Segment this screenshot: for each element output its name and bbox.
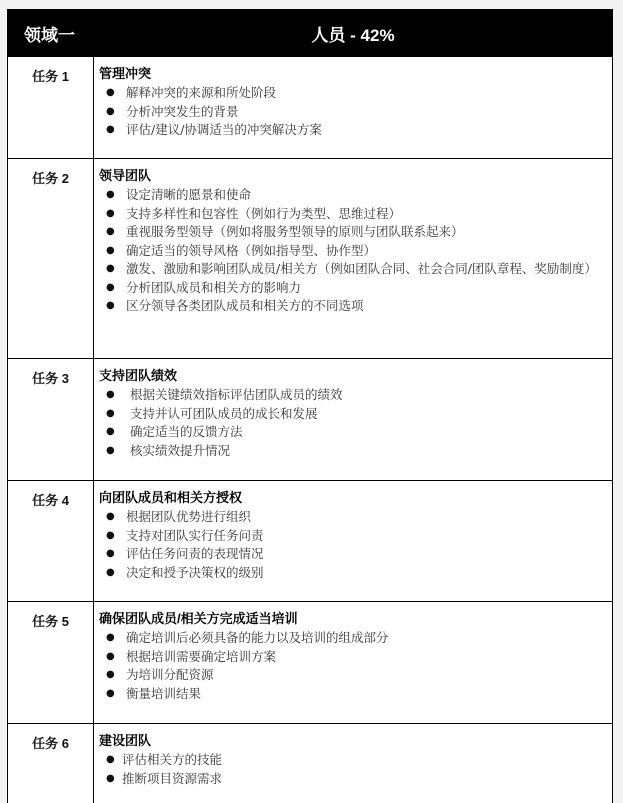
list-item: ●确定培训后必须具备的能力以及培训的组成部分 [99, 629, 606, 648]
bullet-icon: ● [106, 666, 115, 685]
bullet-icon: ● [106, 405, 115, 424]
task-item-list: ●根据团队优势进行组织 ●支持对团队实行任务问责 ●评估任务问责的表现情况 ●决… [99, 508, 606, 582]
bullet-icon: ● [106, 545, 115, 564]
list-item: ●激发、激励和影响团队成员/相关方（例如团队合同、社会合同/团队章程、奖励制度） [99, 260, 606, 279]
item-text: 核实绩效提升情况 [130, 443, 230, 458]
domain-label: 领域一 [8, 10, 94, 56]
task-row-4: 任务 4 向团队成员和相关方授权 ●根据团队优势进行组织 ●支持对团队实行任务问… [8, 480, 612, 601]
task-title: 支持团队绩效 [99, 367, 606, 385]
bullet-icon: ● [106, 223, 115, 242]
item-text: 推断项目资源需求 [122, 771, 222, 786]
bullet-icon: ● [106, 186, 115, 205]
table-header: 领域一 人员 - 42% [8, 10, 612, 56]
list-item: ●支持对团队实行任务问责 [99, 527, 606, 546]
item-text: 评估任务问责的表现情况 [126, 546, 264, 561]
task-content: 支持团队绩效 ●根据关键绩效指标评估团队成员的绩效 ●支持并认可团队成员的成长和… [94, 359, 612, 480]
task-title: 管理冲突 [99, 65, 606, 83]
list-item: ●确定适当的反馈方法 [99, 423, 606, 442]
domain-title: 人员 - 42% [94, 10, 612, 56]
list-item: ●设定清晰的愿景和使命 [99, 186, 606, 205]
item-text: 激发、激励和影响团队成员/相关方（例如团队合同、社会合同/团队章程、奖励制度） [126, 261, 597, 276]
item-text: 分析团队成员和相关方的影响力 [126, 280, 301, 295]
list-item: ●决定和授予决策权的级别 [99, 564, 606, 583]
task-label: 任务 4 [8, 481, 94, 601]
item-text: 支持并认可团队成员的成长和发展 [130, 406, 318, 421]
task-title: 领导团队 [99, 167, 606, 185]
bullet-icon: ● [106, 103, 115, 122]
task-content: 管理冲突 ●解释冲突的来源和所处阶段 ●分析冲突发生的背景 ●评估/建议/协调适… [94, 57, 612, 158]
bullet-icon: ● [106, 205, 115, 224]
item-text: 决定和授予决策权的级别 [126, 565, 264, 580]
bullet-icon: ● [106, 423, 115, 442]
task-title: 向团队成员和相关方授权 [99, 489, 606, 507]
list-item: ●推断项目资源需求 [99, 770, 606, 789]
item-text: 设定清晰的愿景和使命 [126, 187, 251, 202]
item-text: 评估/建议/协调适当的冲突解决方案 [126, 122, 322, 137]
item-text: 重视服务型领导（例如将服务型领导的原则与团队联系起来） [126, 224, 464, 239]
item-text: 根据关键绩效指标评估团队成员的绩效 [130, 387, 343, 402]
list-item: ●衡量培训结果 [99, 685, 606, 704]
bullet-icon: ● [106, 629, 115, 648]
task-content: 领导团队 ●设定清晰的愿景和使命 ●支持多样性和包容性（例如行为类型、思维过程）… [94, 159, 612, 358]
task-label: 任务 1 [8, 57, 94, 158]
item-text: 为培训分配资源 [126, 667, 214, 682]
bullet-icon: ● [106, 564, 115, 583]
bullet-icon: ● [106, 508, 115, 527]
list-item: ●为培训分配资源 [99, 666, 606, 685]
task-row-1: 任务 1 管理冲突 ●解释冲突的来源和所处阶段 ●分析冲突发生的背景 ●评估/建… [8, 56, 612, 158]
task-content: 确保团队成员/相关方完成适当培训 ●确定培训后必须具备的能力以及培训的组成部分 … [94, 602, 612, 723]
task-content: 建设团队 ●评估相关方的技能 ●推断项目资源需求 [94, 724, 612, 803]
bullet-icon: ● [106, 260, 115, 279]
item-text: 确定培训后必须具备的能力以及培训的组成部分 [126, 630, 389, 645]
list-item: ●解释冲突的来源和所处阶段 [99, 84, 606, 103]
item-text: 确定适当的领导风格（例如指导型、协作型） [126, 243, 376, 258]
bullet-icon: ● [106, 685, 115, 704]
task-row-3: 任务 3 支持团队绩效 ●根据关键绩效指标评估团队成员的绩效 ●支持并认可团队成… [8, 358, 612, 480]
item-text: 分析冲突发生的背景 [126, 104, 239, 119]
domain-table: 领域一 人员 - 42% 任务 1 管理冲突 ●解释冲突的来源和所处阶段 ●分析… [7, 9, 613, 803]
bullet-icon: ● [106, 84, 115, 103]
item-text: 根据培训需要确定培训方案 [126, 649, 276, 664]
list-item: ●根据关键绩效指标评估团队成员的绩效 [99, 386, 606, 405]
list-item: ●核实绩效提升情况 [99, 442, 606, 461]
item-text: 评估相关方的技能 [122, 752, 222, 767]
item-text: 支持多样性和包容性（例如行为类型、思维过程） [126, 206, 401, 221]
task-row-5: 任务 5 确保团队成员/相关方完成适当培训 ●确定培训后必须具备的能力以及培训的… [8, 601, 612, 723]
list-item: ●支持多样性和包容性（例如行为类型、思维过程） [99, 205, 606, 224]
task-label: 任务 3 [8, 359, 94, 480]
list-item: ●评估任务问责的表现情况 [99, 545, 606, 564]
task-item-list: ●评估相关方的技能 ●推断项目资源需求 [99, 751, 606, 788]
task-item-list: ●设定清晰的愿景和使命 ●支持多样性和包容性（例如行为类型、思维过程） ●重视服… [99, 186, 606, 316]
task-label: 任务 5 [8, 602, 94, 723]
item-text: 衡量培训结果 [126, 686, 201, 701]
task-label: 任务 2 [8, 159, 94, 358]
task-row-2: 任务 2 领导团队 ●设定清晰的愿景和使命 ●支持多样性和包容性（例如行为类型、… [8, 158, 612, 358]
list-item: ●分析团队成员和相关方的影响力 [99, 279, 606, 298]
bullet-icon: ● [106, 648, 115, 667]
bullet-icon: ● [106, 442, 115, 461]
item-text: 解释冲突的来源和所处阶段 [126, 85, 276, 100]
bullet-icon: ● [106, 121, 115, 140]
bullet-icon: ● [106, 527, 115, 546]
bullet-icon: ● [106, 751, 115, 770]
list-item: ●评估相关方的技能 [99, 751, 606, 770]
task-title: 确保团队成员/相关方完成适当培训 [99, 610, 606, 628]
bullet-icon: ● [106, 279, 115, 298]
list-item: ●区分领导各类团队成员和相关方的不同选项 [99, 297, 606, 316]
bullet-icon: ● [106, 770, 115, 789]
bullet-icon: ● [106, 386, 115, 405]
list-item: ●支持并认可团队成员的成长和发展 [99, 405, 606, 424]
list-item: ●确定适当的领导风格（例如指导型、协作型） [99, 242, 606, 261]
task-item-list: ●解释冲突的来源和所处阶段 ●分析冲突发生的背景 ●评估/建议/协调适当的冲突解… [99, 84, 606, 140]
bullet-icon: ● [106, 297, 115, 316]
item-text: 支持对团队实行任务问责 [126, 528, 264, 543]
task-item-list: ●确定培训后必须具备的能力以及培训的组成部分 ●根据培训需要确定培训方案 ●为培… [99, 629, 606, 703]
item-text: 区分领导各类团队成员和相关方的不同选项 [126, 298, 364, 313]
task-item-list: ●根据关键绩效指标评估团队成员的绩效 ●支持并认可团队成员的成长和发展 ●确定适… [99, 386, 606, 460]
task-row-6: 任务 6 建设团队 ●评估相关方的技能 ●推断项目资源需求 [8, 723, 612, 803]
list-item: ●重视服务型领导（例如将服务型领导的原则与团队联系起来） [99, 223, 606, 242]
task-title: 建设团队 [99, 732, 606, 750]
item-text: 根据团队优势进行组织 [126, 509, 251, 524]
list-item: ●分析冲突发生的背景 [99, 103, 606, 122]
item-text: 确定适当的反馈方法 [130, 424, 243, 439]
list-item: ●评估/建议/协调适当的冲突解决方案 [99, 121, 606, 140]
list-item: ●根据培训需要确定培训方案 [99, 648, 606, 667]
task-content: 向团队成员和相关方授权 ●根据团队优势进行组织 ●支持对团队实行任务问责 ●评估… [94, 481, 612, 601]
bullet-icon: ● [106, 242, 115, 261]
task-label: 任务 6 [8, 724, 94, 803]
list-item: ●根据团队优势进行组织 [99, 508, 606, 527]
